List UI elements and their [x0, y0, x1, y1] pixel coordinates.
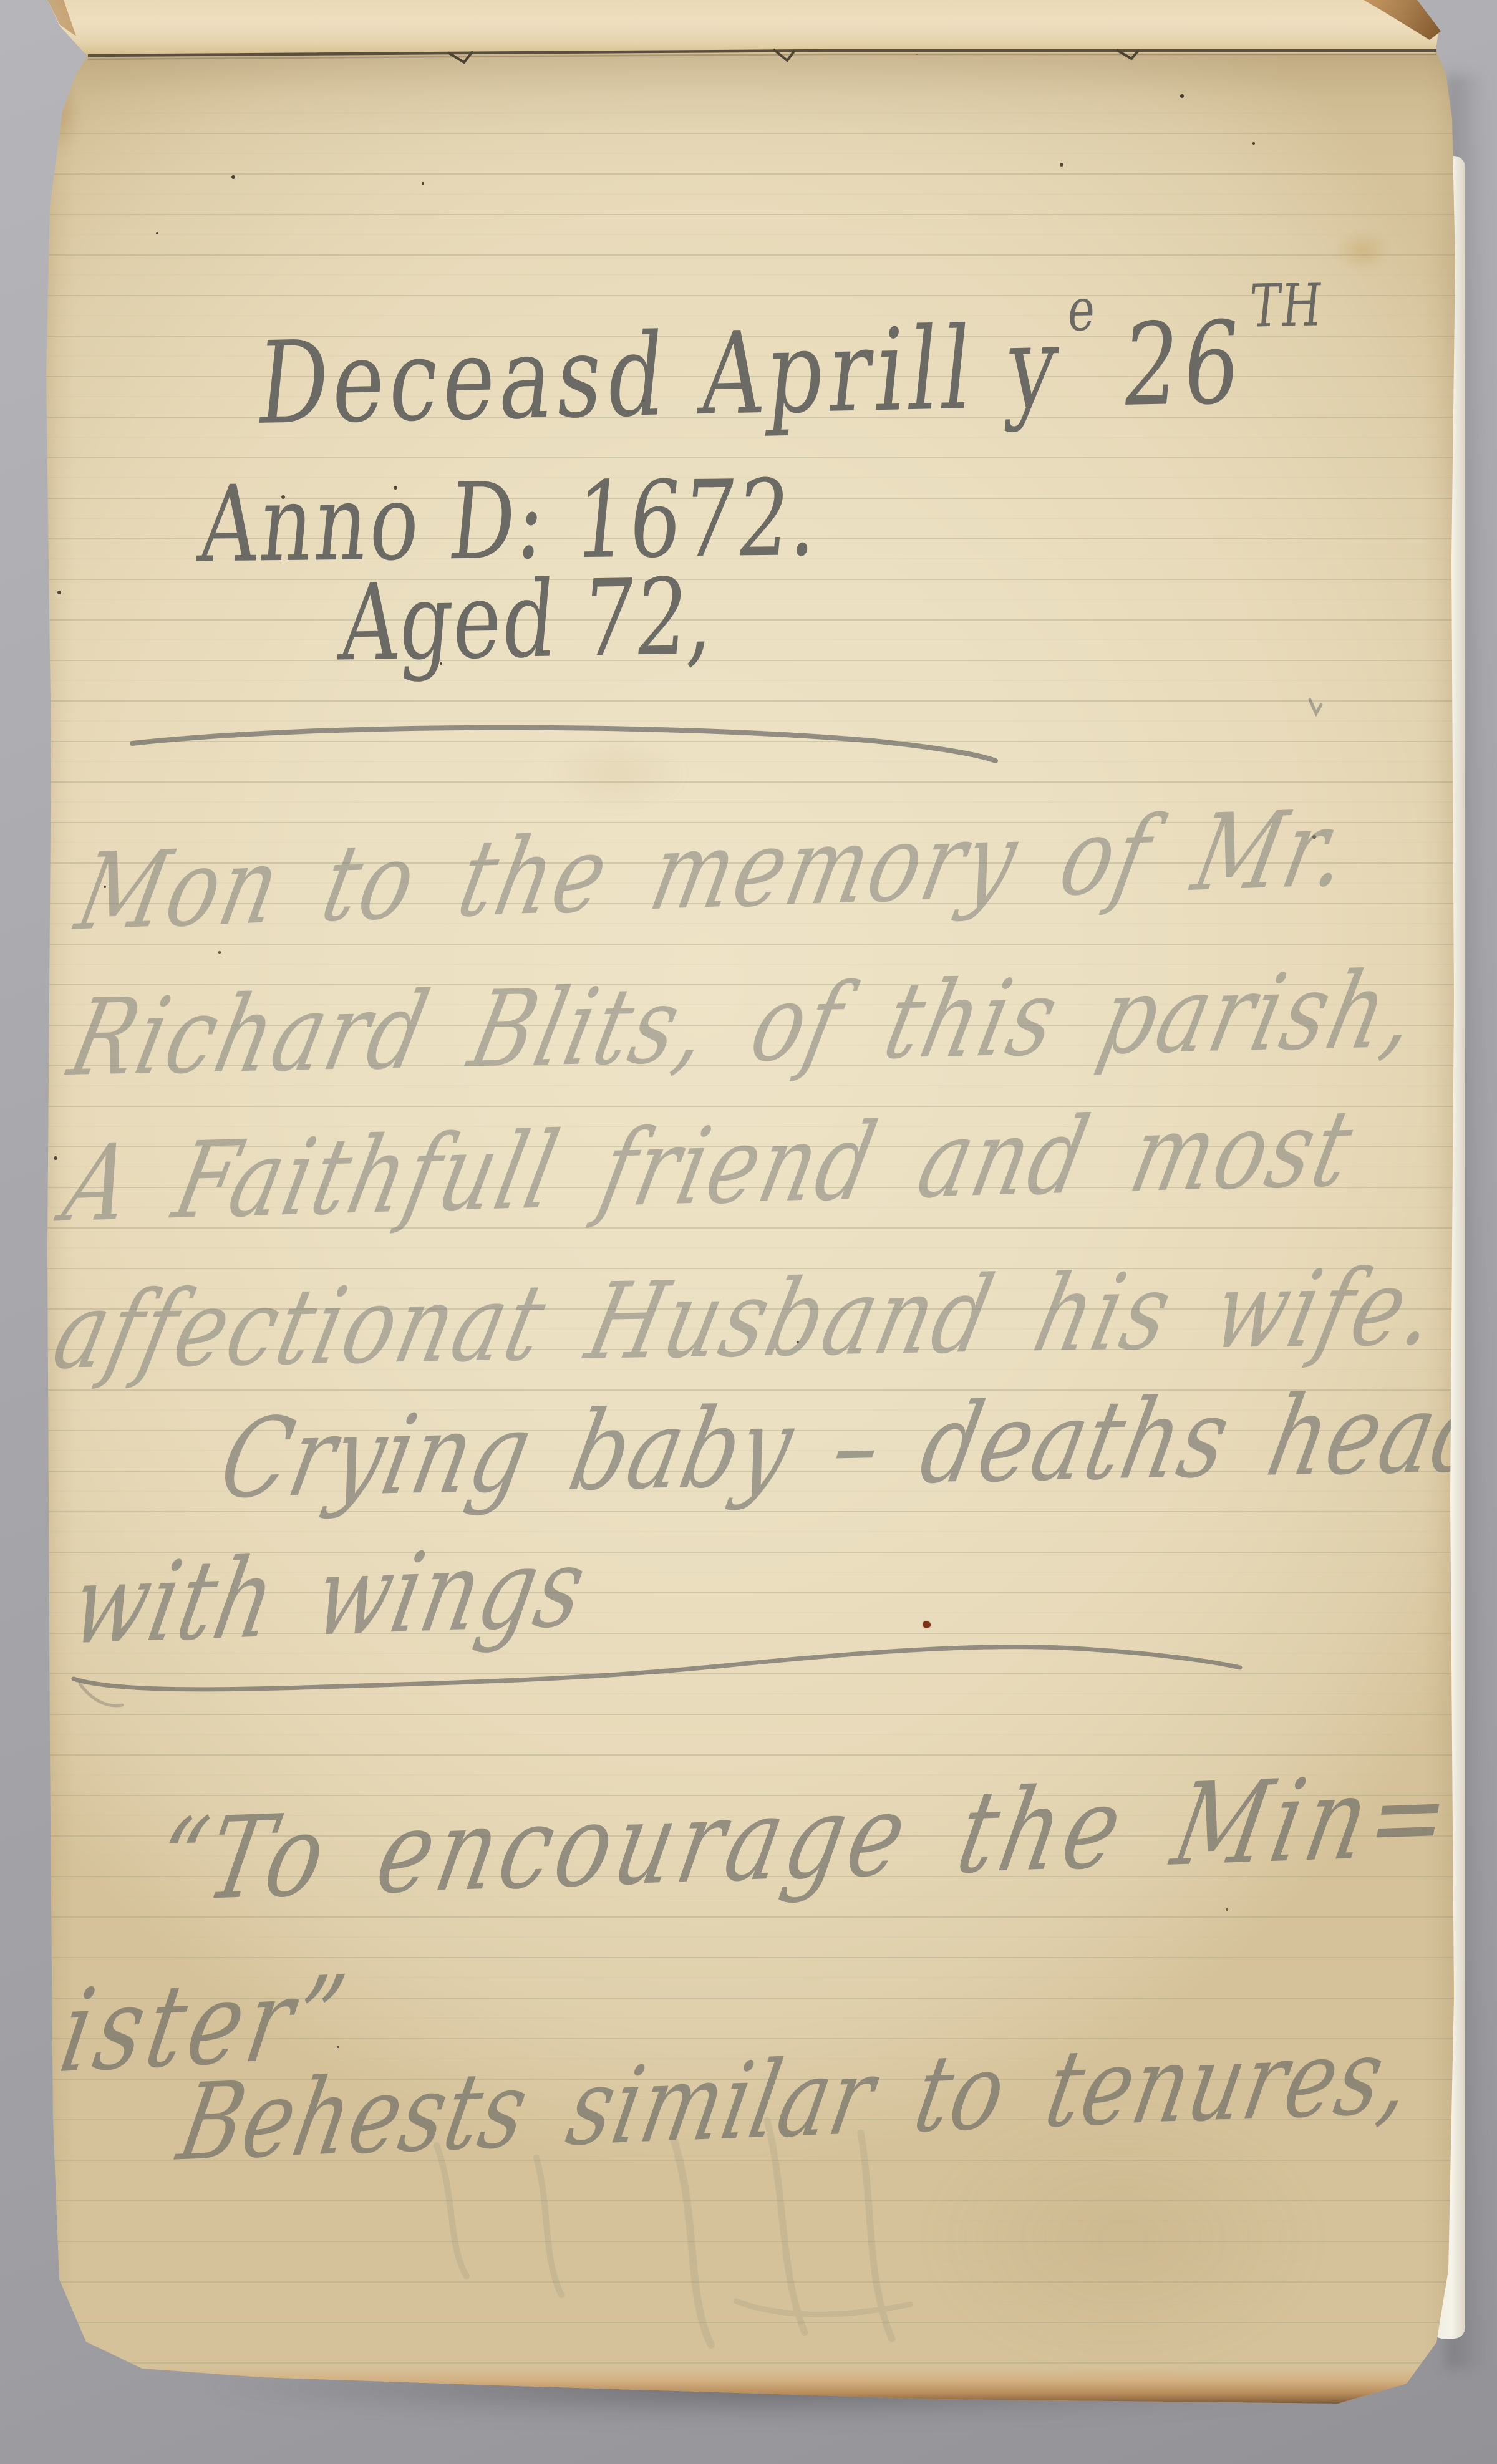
binding-stitch-line [0, 0, 1497, 87]
pencil-marks-overlay [0, 0, 1497, 2464]
ink-showthrough [437, 2120, 911, 2345]
pencil-divider-line-1 [132, 728, 996, 761]
notebook-page: Deceasd Aprill ye 26TH Anno D: 1672. Age… [0, 0, 1497, 2464]
notebook-photo: Deceasd Aprill ye 26TH Anno D: 1672. Age… [0, 0, 1497, 2464]
pencil-divider-line-2 [74, 1647, 1240, 1706]
stray-pencil-tick [1310, 700, 1321, 713]
